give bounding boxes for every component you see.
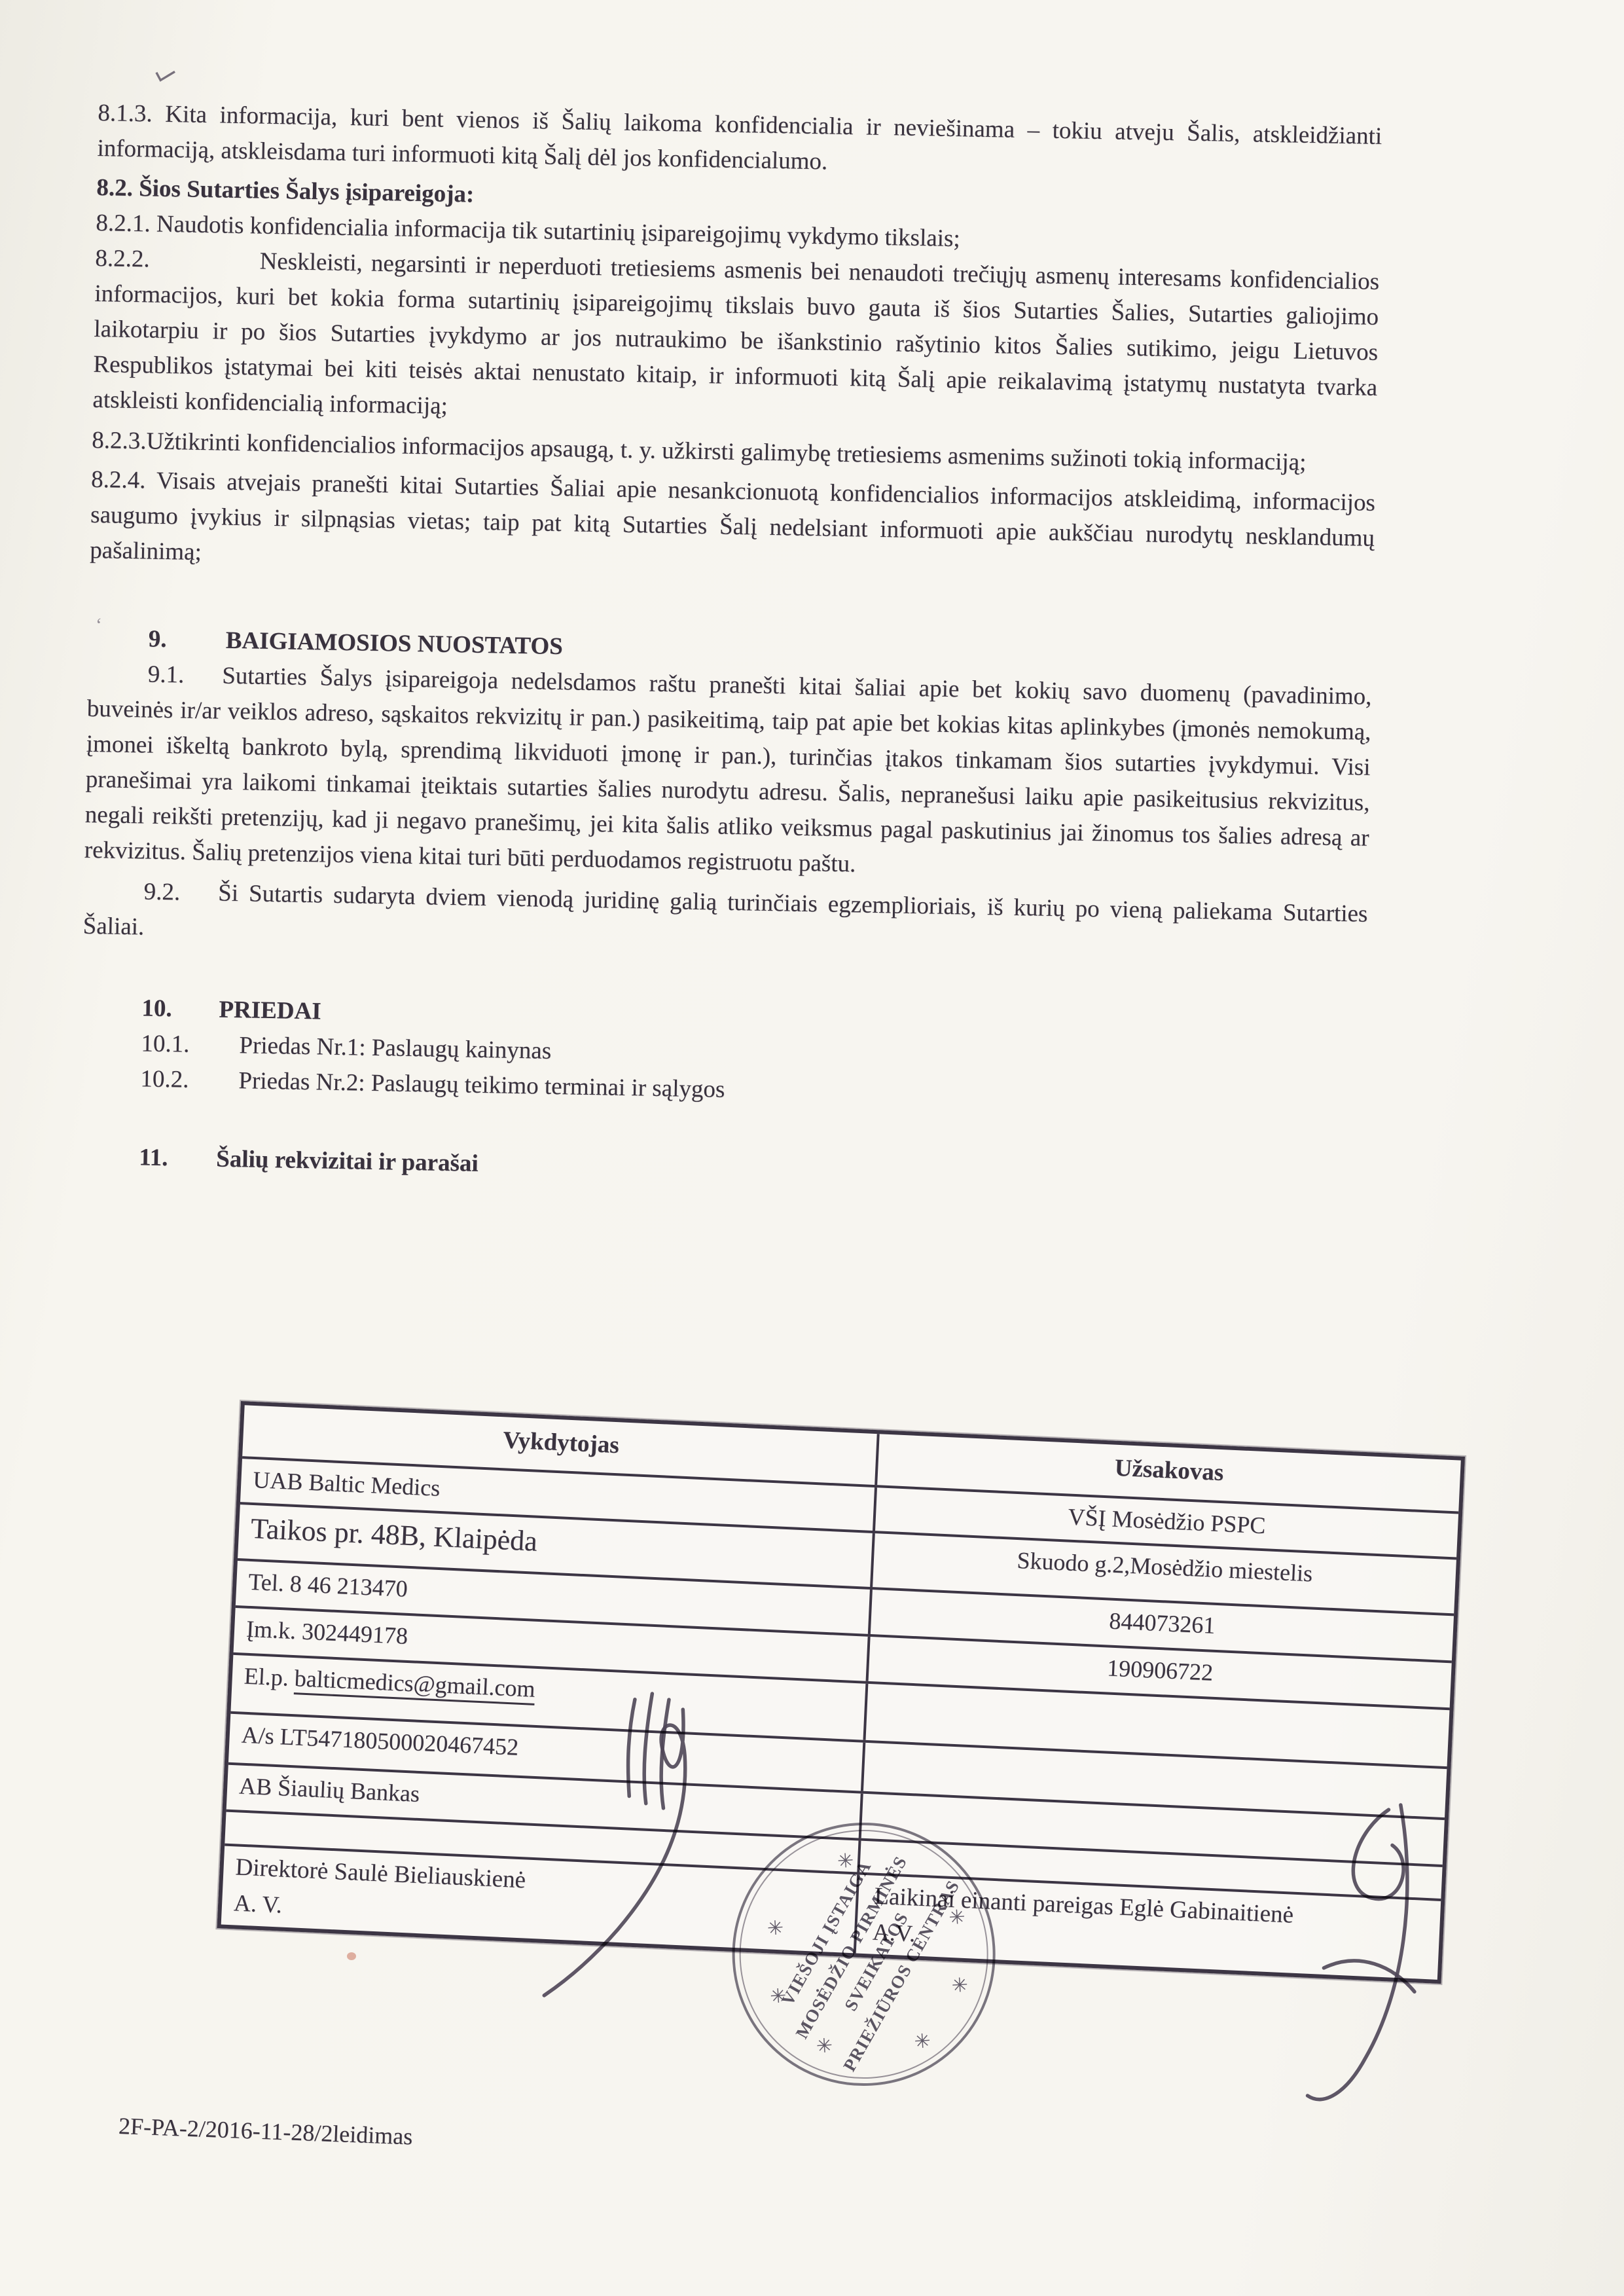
section-number: 9. — [148, 622, 226, 659]
scanned-contract-page: ʻ 8.1.3. Kita informacija, kuri bent vie… — [0, 0, 1624, 2296]
clause-text: Ši Sutartis sudaryta dviem vienodą jurid… — [82, 880, 1367, 941]
clause-8-2-2: 8.2.2.Neskleisti, negarsinti ir neperduo… — [92, 241, 1380, 441]
section-11-heading: 11.Šalių rekvizitai ir parašai — [79, 1139, 1363, 1198]
item-number: 10.2. — [140, 1061, 239, 1099]
clause-text: Neskleisti, negarsinti ir neperduoti tre… — [92, 248, 1379, 420]
section-number: 10. — [141, 991, 219, 1027]
ink-dot — [347, 1952, 356, 1960]
contract-text-block: 8.1.3. Kita informacija, kuri bent vieno… — [79, 96, 1382, 1198]
section-number: 11. — [139, 1140, 217, 1176]
stamp-asterisk: ✳ — [948, 1906, 966, 1929]
acting-director-handwritten-signature — [1246, 1775, 1445, 2123]
pen-check-mark — [153, 65, 177, 86]
stamp-asterisk: ✳ — [837, 1850, 854, 1873]
item-text: Priedas Nr.1: Paslaugų kainynas — [239, 1032, 551, 1065]
clause-9-1: 9.1.Sutarties Šalys įsipareigoja nedelsd… — [84, 656, 1372, 892]
stamp-asterisk: ✳ — [914, 2030, 931, 2053]
section-title: PRIEDAI — [219, 996, 321, 1025]
clause-number: 9.1. — [147, 661, 184, 689]
tab-space — [184, 683, 222, 683]
item-text: Priedas Nr.2: Paslaugų teikimo terminai … — [238, 1067, 725, 1103]
requisites-section: Vykdytojas Užsakovas UAB Baltic Medics V… — [217, 1401, 1465, 1984]
tab-space — [149, 266, 259, 268]
stamp-asterisk: ✳ — [816, 2034, 833, 2058]
stamp-asterisk: ✳ — [767, 1916, 784, 1940]
director-handwritten-signature — [521, 1677, 719, 2025]
clause-8-2-4: 8.2.4. Visais atvejais pranešti kitai Su… — [90, 462, 1376, 592]
email-address: balticmedics@gmail.com — [294, 1665, 536, 1705]
stamp-asterisk: ✳ — [951, 1974, 969, 1997]
clause-number: 8.2.2. — [95, 245, 150, 273]
clause-number: 9.2. — [143, 878, 180, 905]
tab-space — [180, 900, 218, 900]
section-title: BAIGIAMOSIOS NUOSTATOS — [225, 627, 563, 660]
clause-text: Sutarties Šalys įsipareigoja nedelsdamos… — [84, 663, 1372, 878]
item-number: 10.1. — [141, 1026, 240, 1063]
email-label: El.p. — [244, 1663, 295, 1691]
section-title: Šalių rekvizitai ir parašai — [216, 1146, 478, 1177]
footer-document-code: 2F-PA-2/2016-11-28/2leidimas — [118, 2112, 413, 2150]
stamp-asterisk: ✳ — [769, 1984, 787, 2008]
